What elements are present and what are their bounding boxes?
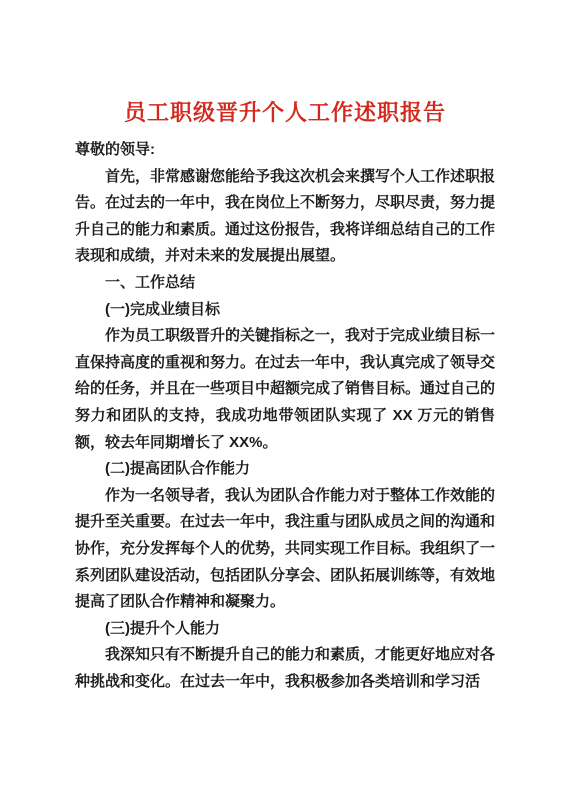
section-heading: (二)提高团队合作能力 [75,456,495,483]
paragraph: 作为员工职级晋升的关键指标之一，我对于完成业绩目标一直保持高度的重视和努力。在过… [75,323,495,456]
paragraph: 我深知只有不断提升自己的能力和素质，才能更好地应对各种挑战和变化。在过去一年中，… [75,642,495,695]
paragraph: 首先，非常感谢您能给予我这次机会来撰写个人工作述职报告。在过去的一年中，我在岗位… [75,164,495,270]
section-heading: (三)提升个人能力 [75,616,495,643]
document-page: 员工职级晋升个人工作述职报告 尊敬的领导:首先，非常感谢您能给予我这次机会来撰写… [0,0,570,807]
section-heading: (一)完成业绩目标 [75,297,495,324]
paragraph: 作为一名领导者，我认为团队合作能力对于整体工作效能的提升至关重要。在过去一年中，… [75,483,495,616]
greeting-line: 尊敬的领导: [75,137,495,164]
document-title: 员工职级晋升个人工作述职报告 [75,97,495,129]
section-heading: 一、工作总结 [75,270,495,297]
document-body: 尊敬的领导:首先，非常感谢您能给予我这次机会来撰写个人工作述职报告。在过去的一年… [75,137,495,695]
